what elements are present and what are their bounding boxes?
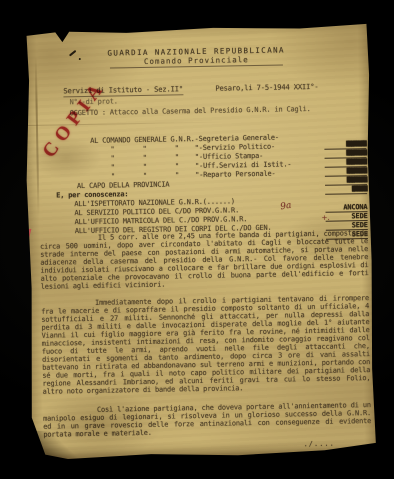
subject-line: OGGETTO : Attacco alla Caserma del Presi… <box>70 105 311 117</box>
paragraph-1: Il 5 corr. alle ore 2,45 una forte banda… <box>40 229 369 291</box>
office-name-text: Comando Provinciale <box>110 55 283 69</box>
ink-dot-mark <box>79 58 81 60</box>
handwritten-annotation-plus: +. <box>322 214 330 222</box>
distribution-list: AL COMANDO GENERALE G.N.R.-Segreteria Ge… <box>24 124 368 230</box>
scan-root: { "doc": { "stamp": "COPIA", "header": {… <box>0 0 394 479</box>
continuation-mark: ./.... <box>303 440 334 449</box>
paragraph-2: Immediatamente dopo il crollo i partigia… <box>41 294 371 396</box>
paragraph-3: Così l'azione partigiana, che doveva por… <box>43 401 372 439</box>
document-page: GUARDIA NAZIONALE REPUBBLICANA Comando P… <box>22 23 376 461</box>
handwritten-annotation: 9a <box>280 201 293 213</box>
dateline: Pesaro,li 7-5-1944 XXII°- <box>215 82 318 93</box>
